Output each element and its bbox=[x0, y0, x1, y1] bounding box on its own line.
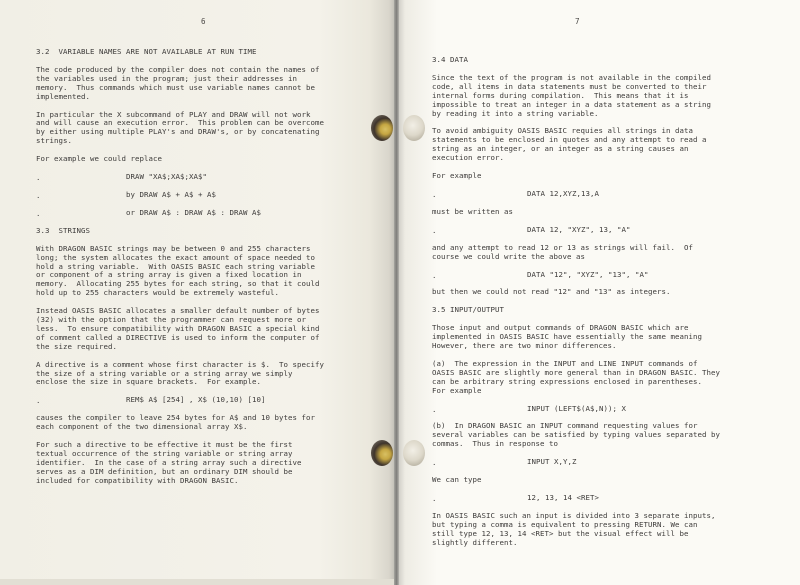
bullet-marker: . bbox=[432, 272, 437, 281]
bullet-marker: . bbox=[36, 192, 41, 201]
binding-hole-icon bbox=[371, 440, 393, 466]
code-example: .INPUT (LEFT$(A$,N)); X bbox=[432, 405, 792, 414]
paragraph: A directive is a comment whose first cha… bbox=[36, 361, 381, 388]
code-text: or DRAW A$ : DRAW A$ : DRAW A$ bbox=[36, 209, 381, 218]
book-spine bbox=[394, 0, 399, 585]
paragraph: causes the compiler to leave 254 bytes f… bbox=[36, 414, 381, 432]
binding-hole-icon bbox=[371, 115, 393, 141]
book-spread: 6 3.2 VARIABLE NAMES ARE NOT AVAILABLE A… bbox=[0, 0, 800, 585]
paragraph: Instead OASIS BASIC allocates a smaller … bbox=[36, 307, 381, 352]
bullet-marker: . bbox=[36, 174, 41, 183]
code-example: .or DRAW A$ : DRAW A$ : DRAW A$ bbox=[36, 209, 381, 218]
bullet-marker: . bbox=[432, 406, 437, 415]
paragraph: Those input and output commands of DRAGO… bbox=[432, 324, 792, 351]
page-number: 7 bbox=[575, 17, 580, 26]
code-example: .by DRAW A$ + A$ + A$ bbox=[36, 191, 381, 200]
bullet-marker: . bbox=[432, 227, 437, 236]
code-example: .DRAW "XA$;XA$;XA$" bbox=[36, 173, 381, 182]
section-heading: 3.5 INPUT/OUTPUT bbox=[432, 306, 792, 315]
binding-hole-icon bbox=[403, 115, 425, 141]
code-example: .INPUT X,Y,Z bbox=[432, 458, 792, 467]
section: 3.4 DATASince the text of the program is… bbox=[432, 56, 792, 297]
code-text: DATA "12", "XYZ", "13", "A" bbox=[432, 271, 792, 280]
paragraph: For example we could replace bbox=[36, 155, 381, 164]
section: 3.2 VARIABLE NAMES ARE NOT AVAILABLE AT … bbox=[36, 48, 381, 218]
paragraph: and any attempt to read 12 or 13 as stri… bbox=[432, 244, 792, 262]
section: 3.5 INPUT/OUTPUTThose input and output c… bbox=[432, 306, 792, 547]
bullet-marker: . bbox=[432, 495, 437, 504]
bullet-marker: . bbox=[36, 397, 41, 406]
paragraph: In OASIS BASIC such an input is divided … bbox=[432, 512, 792, 548]
left-page: 6 3.2 VARIABLE NAMES ARE NOT AVAILABLE A… bbox=[0, 0, 397, 585]
bullet-marker: . bbox=[36, 210, 41, 219]
bullet-marker: . bbox=[432, 191, 437, 200]
code-text: by DRAW A$ + A$ + A$ bbox=[36, 191, 381, 200]
bullet-marker: . bbox=[432, 459, 437, 468]
paragraph: The code produced by the compiler does n… bbox=[36, 66, 381, 102]
code-example: .DATA "12", "XYZ", "13", "A" bbox=[432, 271, 792, 280]
code-text: REM$ A$ [254] , X$ (10,10) [10] bbox=[36, 396, 381, 405]
page-content: 3.2 VARIABLE NAMES ARE NOT AVAILABLE AT … bbox=[36, 48, 381, 495]
paragraph: (a) The expression in the INPUT and LINE… bbox=[432, 360, 792, 396]
paragraph: For example bbox=[432, 172, 792, 181]
binding-hole-icon bbox=[403, 440, 425, 466]
page-bottom-edge bbox=[0, 579, 397, 585]
code-text: DATA 12, "XYZ", 13, "A" bbox=[432, 226, 792, 235]
section: 3.3 STRINGSWith DRAGON BASIC strings may… bbox=[36, 227, 381, 486]
paragraph: For such a directive to be effective it … bbox=[36, 441, 381, 486]
code-example: .12, 13, 14 <RET> bbox=[432, 494, 792, 503]
right-page: 7 3.4 DATASince the text of the program … bbox=[397, 0, 800, 585]
code-text: INPUT (LEFT$(A$,N)); X bbox=[432, 405, 792, 414]
paragraph: We can type bbox=[432, 476, 792, 485]
code-example: .DATA 12,XYZ,13,A bbox=[432, 190, 792, 199]
paragraph: must be written as bbox=[432, 208, 792, 217]
paragraph: In particular the X subcommand of PLAY a… bbox=[36, 111, 381, 147]
section-heading: 3.2 VARIABLE NAMES ARE NOT AVAILABLE AT … bbox=[36, 48, 381, 57]
code-text: DATA 12,XYZ,13,A bbox=[432, 190, 792, 199]
page-number: 6 bbox=[201, 17, 206, 26]
code-example: .DATA 12, "XYZ", 13, "A" bbox=[432, 226, 792, 235]
paragraph: (b) In DRAGON BASIC an INPUT command req… bbox=[432, 422, 792, 449]
paragraph: To avoid ambiguity OASIS BASIC requies a… bbox=[432, 127, 792, 163]
code-text: INPUT X,Y,Z bbox=[432, 458, 792, 467]
section-heading: 3.4 DATA bbox=[432, 56, 792, 65]
paragraph: but then we could not read "12" and "13"… bbox=[432, 288, 792, 297]
code-text: DRAW "XA$;XA$;XA$" bbox=[36, 173, 381, 182]
paragraph: With DRAGON BASIC strings may be between… bbox=[36, 245, 381, 298]
paragraph: Since the text of the program is not ava… bbox=[432, 74, 792, 119]
section-heading: 3.3 STRINGS bbox=[36, 227, 381, 236]
code-text: 12, 13, 14 <RET> bbox=[432, 494, 792, 503]
code-example: .REM$ A$ [254] , X$ (10,10) [10] bbox=[36, 396, 381, 405]
page-content: 3.4 DATASince the text of the program is… bbox=[432, 56, 792, 557]
